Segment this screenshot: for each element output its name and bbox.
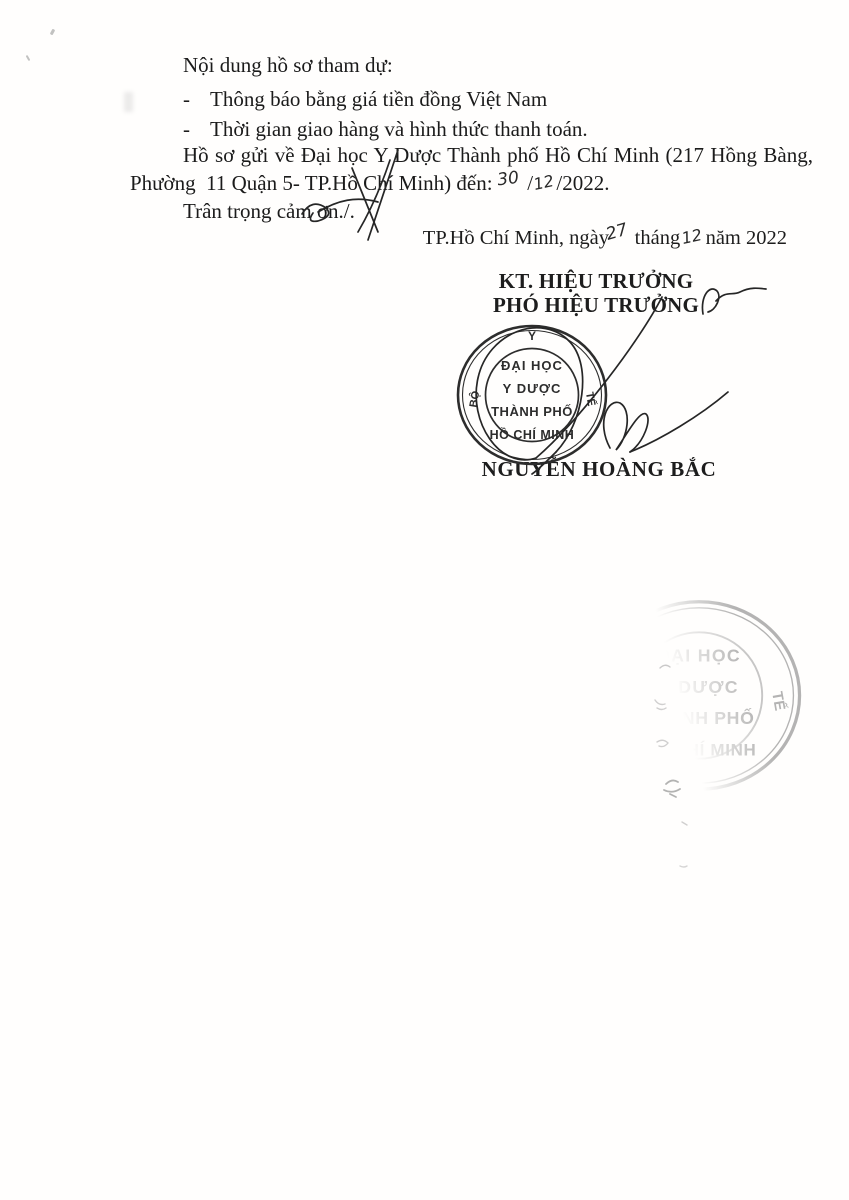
bullet-text: Thời gian giao hàng và hình thức thanh t…: [210, 116, 588, 142]
handwritten-day: 30: [495, 165, 520, 193]
dateline-prefix: TP.Hồ Chí Minh, ngày: [423, 227, 609, 249]
scan-speck: [26, 55, 31, 61]
dateline-suffix: năm 2022: [706, 227, 787, 249]
ink-bleed-icon: [648, 638, 718, 883]
paragraph-line-2-text: Phường 11 Quận 5- TP.Hồ Chí Minh) đến:: [130, 171, 493, 195]
bullet-text: Thông báo bằng giá tiền đồng Việt Nam: [210, 86, 547, 112]
paragraph-line-2: Phường 11 Quận 5- TP.Hồ Chí Minh) đến:30…: [130, 170, 610, 198]
stamp-ring-top: Y: [528, 329, 536, 343]
date-separator: /2022.: [556, 171, 609, 195]
handwritten-day: 27: [604, 220, 630, 245]
title-kt-hieu-truong: KT. HIỆU TRƯỞNG: [440, 269, 752, 293]
closing-line: Trân trọng cảm ơn./.: [183, 198, 355, 224]
dateline: TP.Hồ Chí Minh, ngày27tháng12năm 2022: [423, 227, 787, 250]
stamp-ring-right: TẾ: [583, 391, 598, 407]
paragraph-line-1: Hồ sơ gửi về Đại học Y Dược Thành phố Hồ…: [183, 142, 813, 168]
scan-smudge: [124, 92, 133, 112]
intro-line: Nội dung hồ sơ tham dự:: [183, 52, 393, 78]
stamp-seal-icon: Y BỘ TẾ ĐẠI HỌC Y DƯỢC THÀNH PHỐ HỒ CHÍ …: [454, 322, 610, 468]
stamp-line-1: ĐẠI HỌC: [501, 358, 563, 373]
stamp-ring-left: BỘ: [467, 389, 483, 408]
signature-titles: KT. HIỆU TRƯỞNG PHÓ HIỆU TRƯỞNG: [440, 269, 752, 317]
scan-speck: [50, 29, 55, 36]
bullet-marker: -: [183, 116, 210, 142]
handwritten-month: 12: [680, 225, 704, 248]
dateline-middle: tháng: [635, 227, 681, 249]
stamp-line-3: THÀNH PHỐ: [491, 404, 573, 419]
handwritten-month: 12: [531, 168, 556, 198]
ghost-ring-right: TẾ: [768, 690, 788, 712]
document-page: Nội dung hồ sơ tham dự: - Thông báo bằng…: [0, 0, 849, 1200]
stamp-line-4: HỒ CHÍ MINH: [490, 427, 575, 442]
bullet-marker: -: [183, 86, 210, 112]
bullet-item: - Thời gian giao hàng và hình thức thanh…: [183, 116, 588, 142]
stamp-line-2: Y DƯỢC: [503, 381, 562, 396]
title-pho-hieu-truong: PHÓ HIỆU TRƯỞNG: [440, 293, 752, 317]
official-stamp: Y BỘ TẾ ĐẠI HỌC Y DƯỢC THÀNH PHỐ HỒ CHÍ …: [454, 322, 610, 468]
bullet-item: - Thông báo bằng giá tiền đồng Việt Nam: [183, 86, 547, 112]
ink-bleed-marks: [648, 638, 718, 883]
